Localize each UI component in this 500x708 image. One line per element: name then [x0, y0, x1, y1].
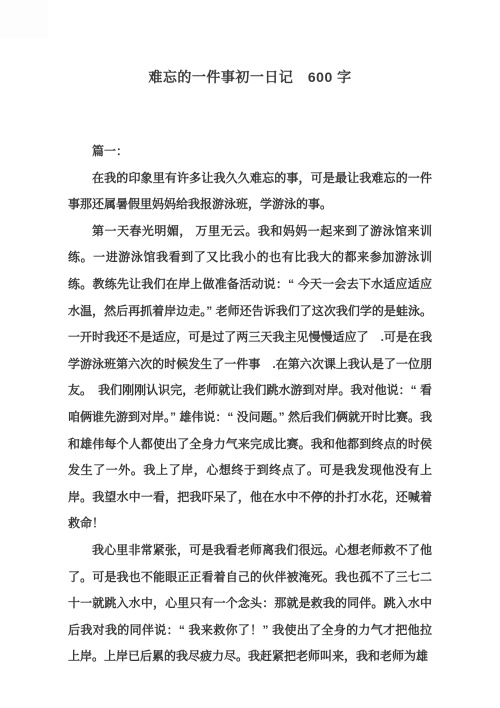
corner-shade [0, 0, 48, 38]
essay-body: 篇一：在我的印象里有许多让我久久难忘的事，可是最让我难忘的一件事那还属暑假里妈妈… [68, 138, 432, 670]
essay-paragraph: 在我的印象里有许多让我久久难忘的事，可是最让我难忘的一件事那还属暑假里妈妈给我报… [68, 165, 432, 218]
essay-paragraph: 我心里非常紧张，可是我看老师离我们很远。心想老师救不了他了。可是我也不能眼正正看… [68, 537, 432, 670]
essay-paragraph: 篇一： [68, 138, 432, 165]
essay-paragraph: 第一天春光明媚， 万里无云。我和妈妈一起来到了游泳馆来训练。一进游泳馆我看到了又… [68, 218, 432, 537]
essay-title: 难忘的一件事初一日记 600 字 [0, 67, 500, 87]
page: { "page": { "background_color": "#ffffff… [0, 0, 500, 708]
